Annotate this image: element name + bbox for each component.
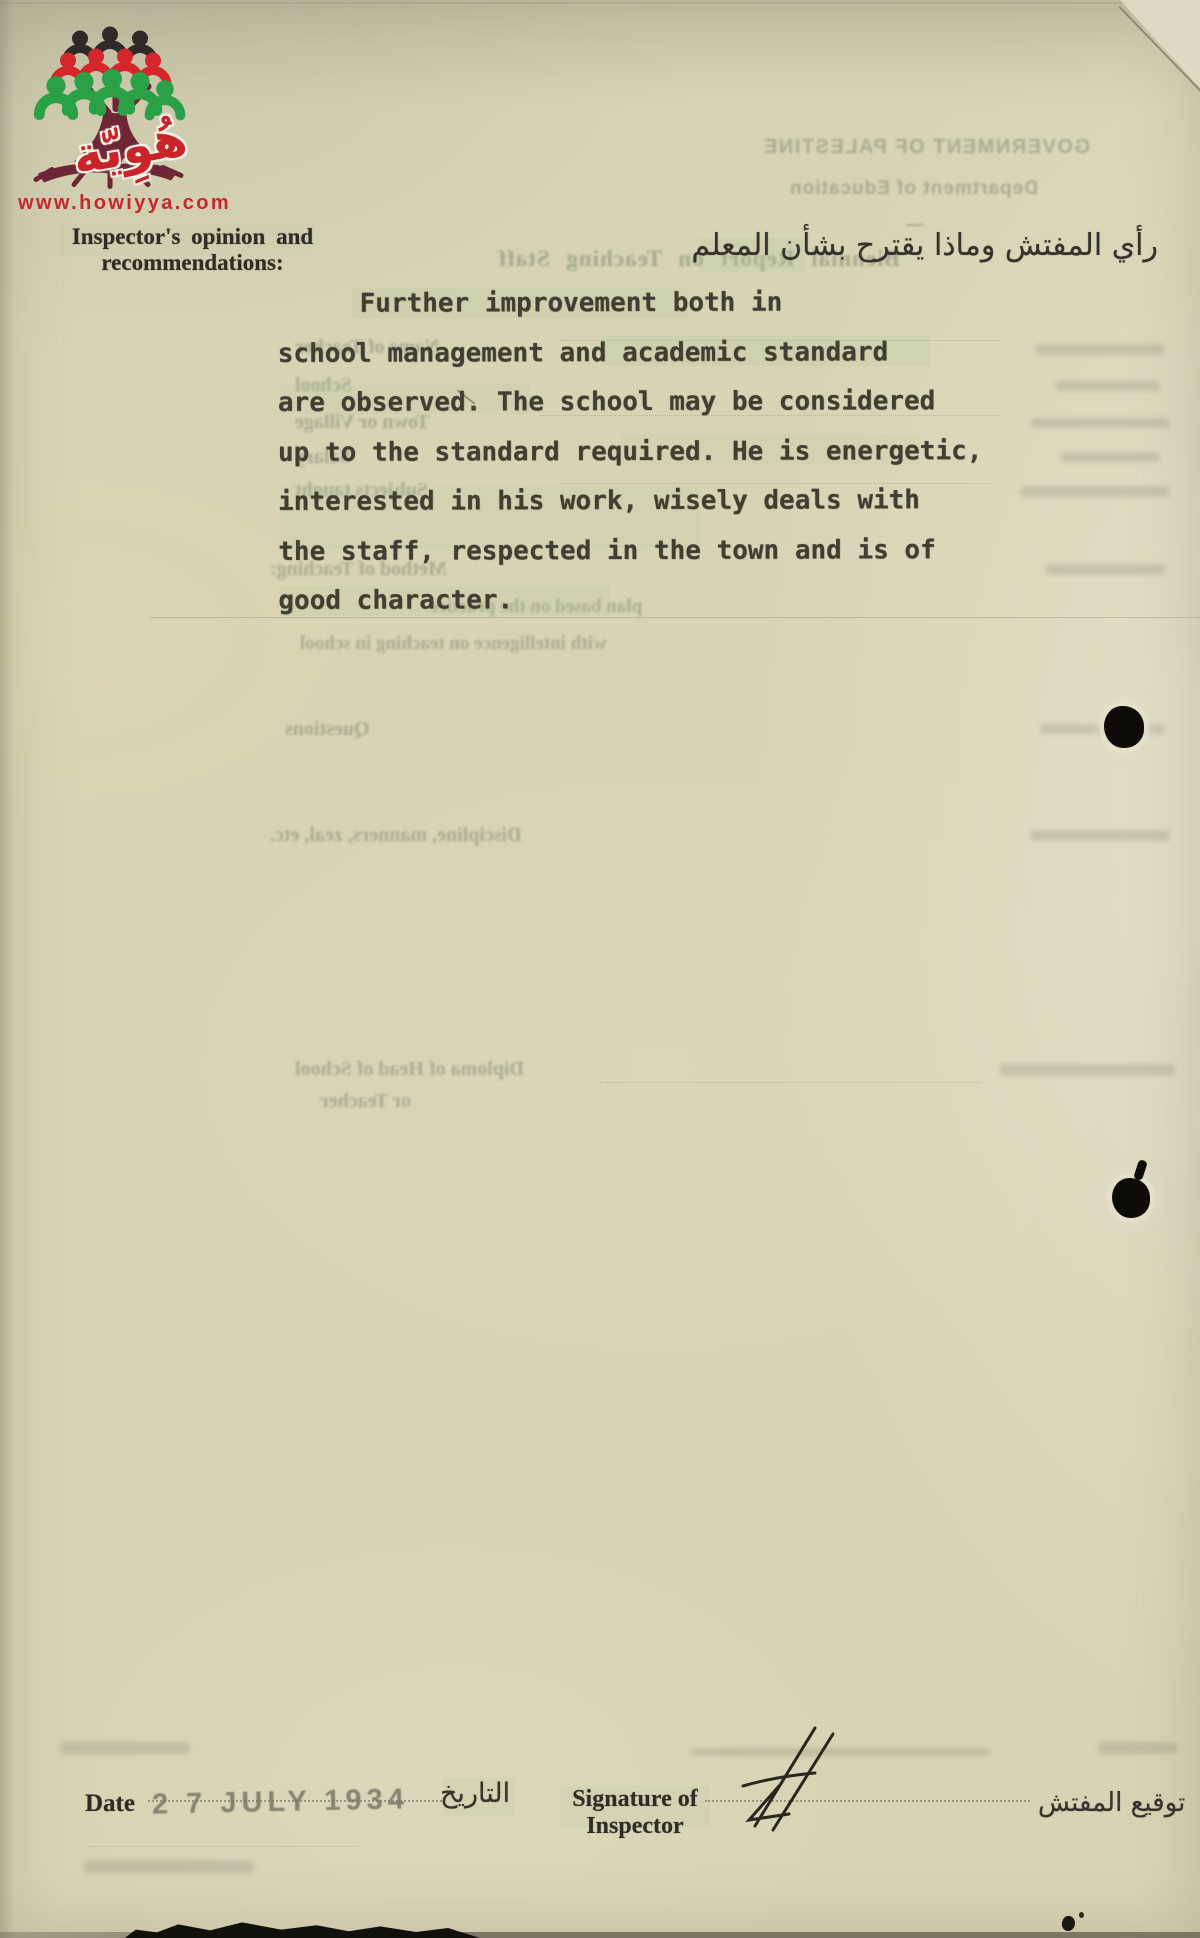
scan-speck bbox=[1060, 1915, 1076, 1933]
signature-arabic-label: توقيع المفتش bbox=[1038, 1788, 1185, 1818]
date-arabic-label: التاريخ bbox=[440, 1778, 510, 1809]
footer-secondary-line bbox=[90, 1846, 358, 1847]
opinion-line: up to the standard required. He is energ… bbox=[278, 427, 983, 478]
opinion-line: Further improvement both in bbox=[278, 278, 983, 329]
header-left: Inspector's opinion and recommendations: bbox=[50, 224, 335, 276]
opinion-line: are observed. The school may be consider… bbox=[278, 377, 983, 428]
signature-label-line2: Inspector bbox=[550, 1813, 720, 1840]
bleed-leader-line bbox=[600, 1082, 980, 1083]
inspectors-opinion-label-line2: recommendations: bbox=[50, 250, 335, 276]
scan-speck bbox=[1079, 1912, 1084, 1918]
hole-punch bbox=[1112, 1178, 1150, 1218]
date-stamp: 2 7 JULY 1934 bbox=[152, 1783, 410, 1821]
header-arabic-title: رأي المفتش وماذا يقترح بشأن المعلم bbox=[691, 228, 1158, 263]
bleed-smudge bbox=[60, 1742, 190, 1754]
bleed-smudge bbox=[1030, 418, 1170, 428]
opinion-line: good character. bbox=[278, 575, 983, 626]
bleedthrough-row: Questions bbox=[285, 718, 369, 741]
opinion-paragraph: Further improvement both in school manag… bbox=[278, 278, 983, 626]
signature-label: Signature of Inspector bbox=[550, 1786, 720, 1840]
bleed-smudge bbox=[1045, 564, 1165, 575]
bleedthrough-department-line: Department of Education bbox=[798, 178, 1038, 200]
opinion-line: interested in his work, wisely deals wit… bbox=[278, 476, 983, 527]
hole-punch-tail bbox=[1133, 1159, 1148, 1181]
scan-edge-blob bbox=[125, 1918, 480, 1938]
bleedthrough-row: Discipline, manners, zeal, etc. bbox=[270, 824, 522, 847]
document-page: GOVERNMENT OF PALESTINE Department of Ed… bbox=[0, 0, 1200, 1938]
bleedthrough-government-line: GOVERNMENT OF PALESTINE bbox=[790, 136, 1090, 159]
bleed-smudge bbox=[1040, 724, 1165, 734]
crease-line bbox=[0, 2, 1200, 4]
opinion-line: the staff, respected in the town and is … bbox=[278, 526, 983, 577]
bleed-smudge bbox=[1098, 1742, 1178, 1754]
bleed-smudge bbox=[1035, 344, 1165, 355]
signature-label-line1: Signature of bbox=[550, 1786, 720, 1813]
bleed-smudge bbox=[1030, 830, 1170, 841]
corner-fold bbox=[1120, 0, 1200, 88]
inspectors-opinion-label-line1: Inspector's opinion and bbox=[50, 224, 335, 250]
bleed-smudge bbox=[1060, 452, 1160, 462]
bleed-smudge bbox=[1000, 1064, 1175, 1076]
date-label: Date bbox=[85, 1790, 135, 1818]
inspector-signature-mark bbox=[735, 1722, 840, 1834]
website-url: www.howiyya.com bbox=[18, 192, 231, 215]
bleedthrough-row: with intelligence on teaching in school bbox=[300, 633, 607, 655]
bleed-smudge bbox=[1020, 486, 1170, 497]
opinion-line: school management and academic standard bbox=[278, 328, 983, 379]
bleed-smudge bbox=[84, 1860, 254, 1873]
bleed-smudge bbox=[1055, 381, 1160, 391]
bleedthrough-row: Diploma of Head of School bbox=[295, 1058, 524, 1081]
bleedthrough-row: or Teacher bbox=[320, 1090, 411, 1113]
hole-punch bbox=[1104, 706, 1144, 748]
